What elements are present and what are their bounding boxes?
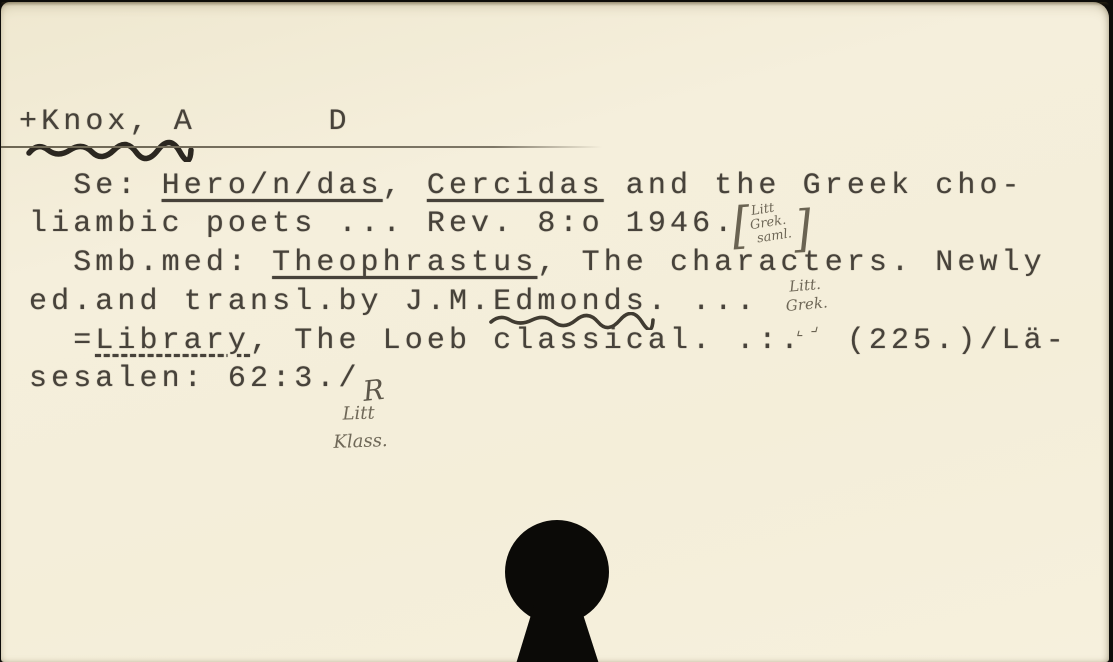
text-run: and the Greek cho-	[604, 169, 1024, 203]
text-run: ,	[383, 169, 427, 203]
text-run: . ...	[648, 285, 759, 319]
keyhole-punch-hole	[498, 517, 618, 662]
pencil-insert-marks: ⌞⌟	[796, 320, 818, 339]
insert-mark-close: ⌟	[811, 316, 819, 335]
catalog-card: +Knox, A D Se: Hero/n/das, Cercidas and …	[1, 2, 1109, 662]
body-line-5: =Library, The Loeb classical. .:. (225.)…	[29, 326, 1068, 356]
bracket-close: ]	[792, 203, 813, 254]
text-run: sesalen: 62:3./	[29, 362, 361, 396]
underlined-word-library: Library	[95, 324, 250, 358]
text-run: liambic poets ... Rev. 8:o 1946.	[29, 207, 736, 241]
heading-line: +Knox, A D	[19, 107, 351, 137]
body-line-3: Smb.med: Theophrastus, The characters. N…	[29, 248, 1046, 278]
margin-note-line: Grek.	[785, 293, 828, 316]
header-rule	[1, 146, 602, 148]
body-line-1: Se: Hero/n/das, Cercidas and the Greek c…	[29, 171, 1024, 201]
hand-wavy-underline-surname	[25, 138, 195, 162]
text-run: , The Loeb classical. .:. (225.)/Lä-	[250, 324, 1068, 358]
heading-rest: A D	[152, 105, 351, 139]
text-run: , The characters. Newly	[537, 246, 1045, 280]
text-run: Se:	[29, 169, 162, 203]
underlined-title-cercidas: Cercidas	[427, 169, 604, 203]
insert-mark-open: ⌞	[796, 320, 804, 339]
text-run: ed.and transl.by J.M.	[29, 285, 493, 319]
text-run: Smb.med:	[29, 246, 272, 280]
pencil-class-note: Litt Klass.	[332, 399, 388, 457]
pencil-margin-note: Litt. Grek.	[788, 274, 828, 315]
class-note-line: Litt	[342, 399, 387, 429]
underlined-title-theophrastus: Theophrastus	[272, 246, 537, 280]
body-line-6: sesalen: 62:3./	[29, 364, 361, 394]
scan-background: +Knox, A D Se: Hero/n/das, Cercidas and …	[0, 0, 1113, 662]
underlined-title-herondas: Hero/n/das	[162, 169, 383, 203]
heading-prefix: +	[19, 105, 41, 139]
bracket-note-lines: Litt Grek. saml.	[751, 201, 793, 246]
card-top-edge-shadow	[1, 2, 1109, 6]
heading-surname: Knox,	[41, 105, 152, 139]
body-line-2: liambic poets ... Rev. 8:o 1946.	[29, 209, 736, 239]
text-run: =	[29, 324, 95, 358]
pencil-bracket-note: [ Litt Grek. saml. ]	[730, 197, 812, 248]
bracket-open: [	[730, 200, 751, 251]
bracket-note-line: saml.	[756, 227, 793, 246]
class-note-line: Klass.	[333, 427, 388, 457]
